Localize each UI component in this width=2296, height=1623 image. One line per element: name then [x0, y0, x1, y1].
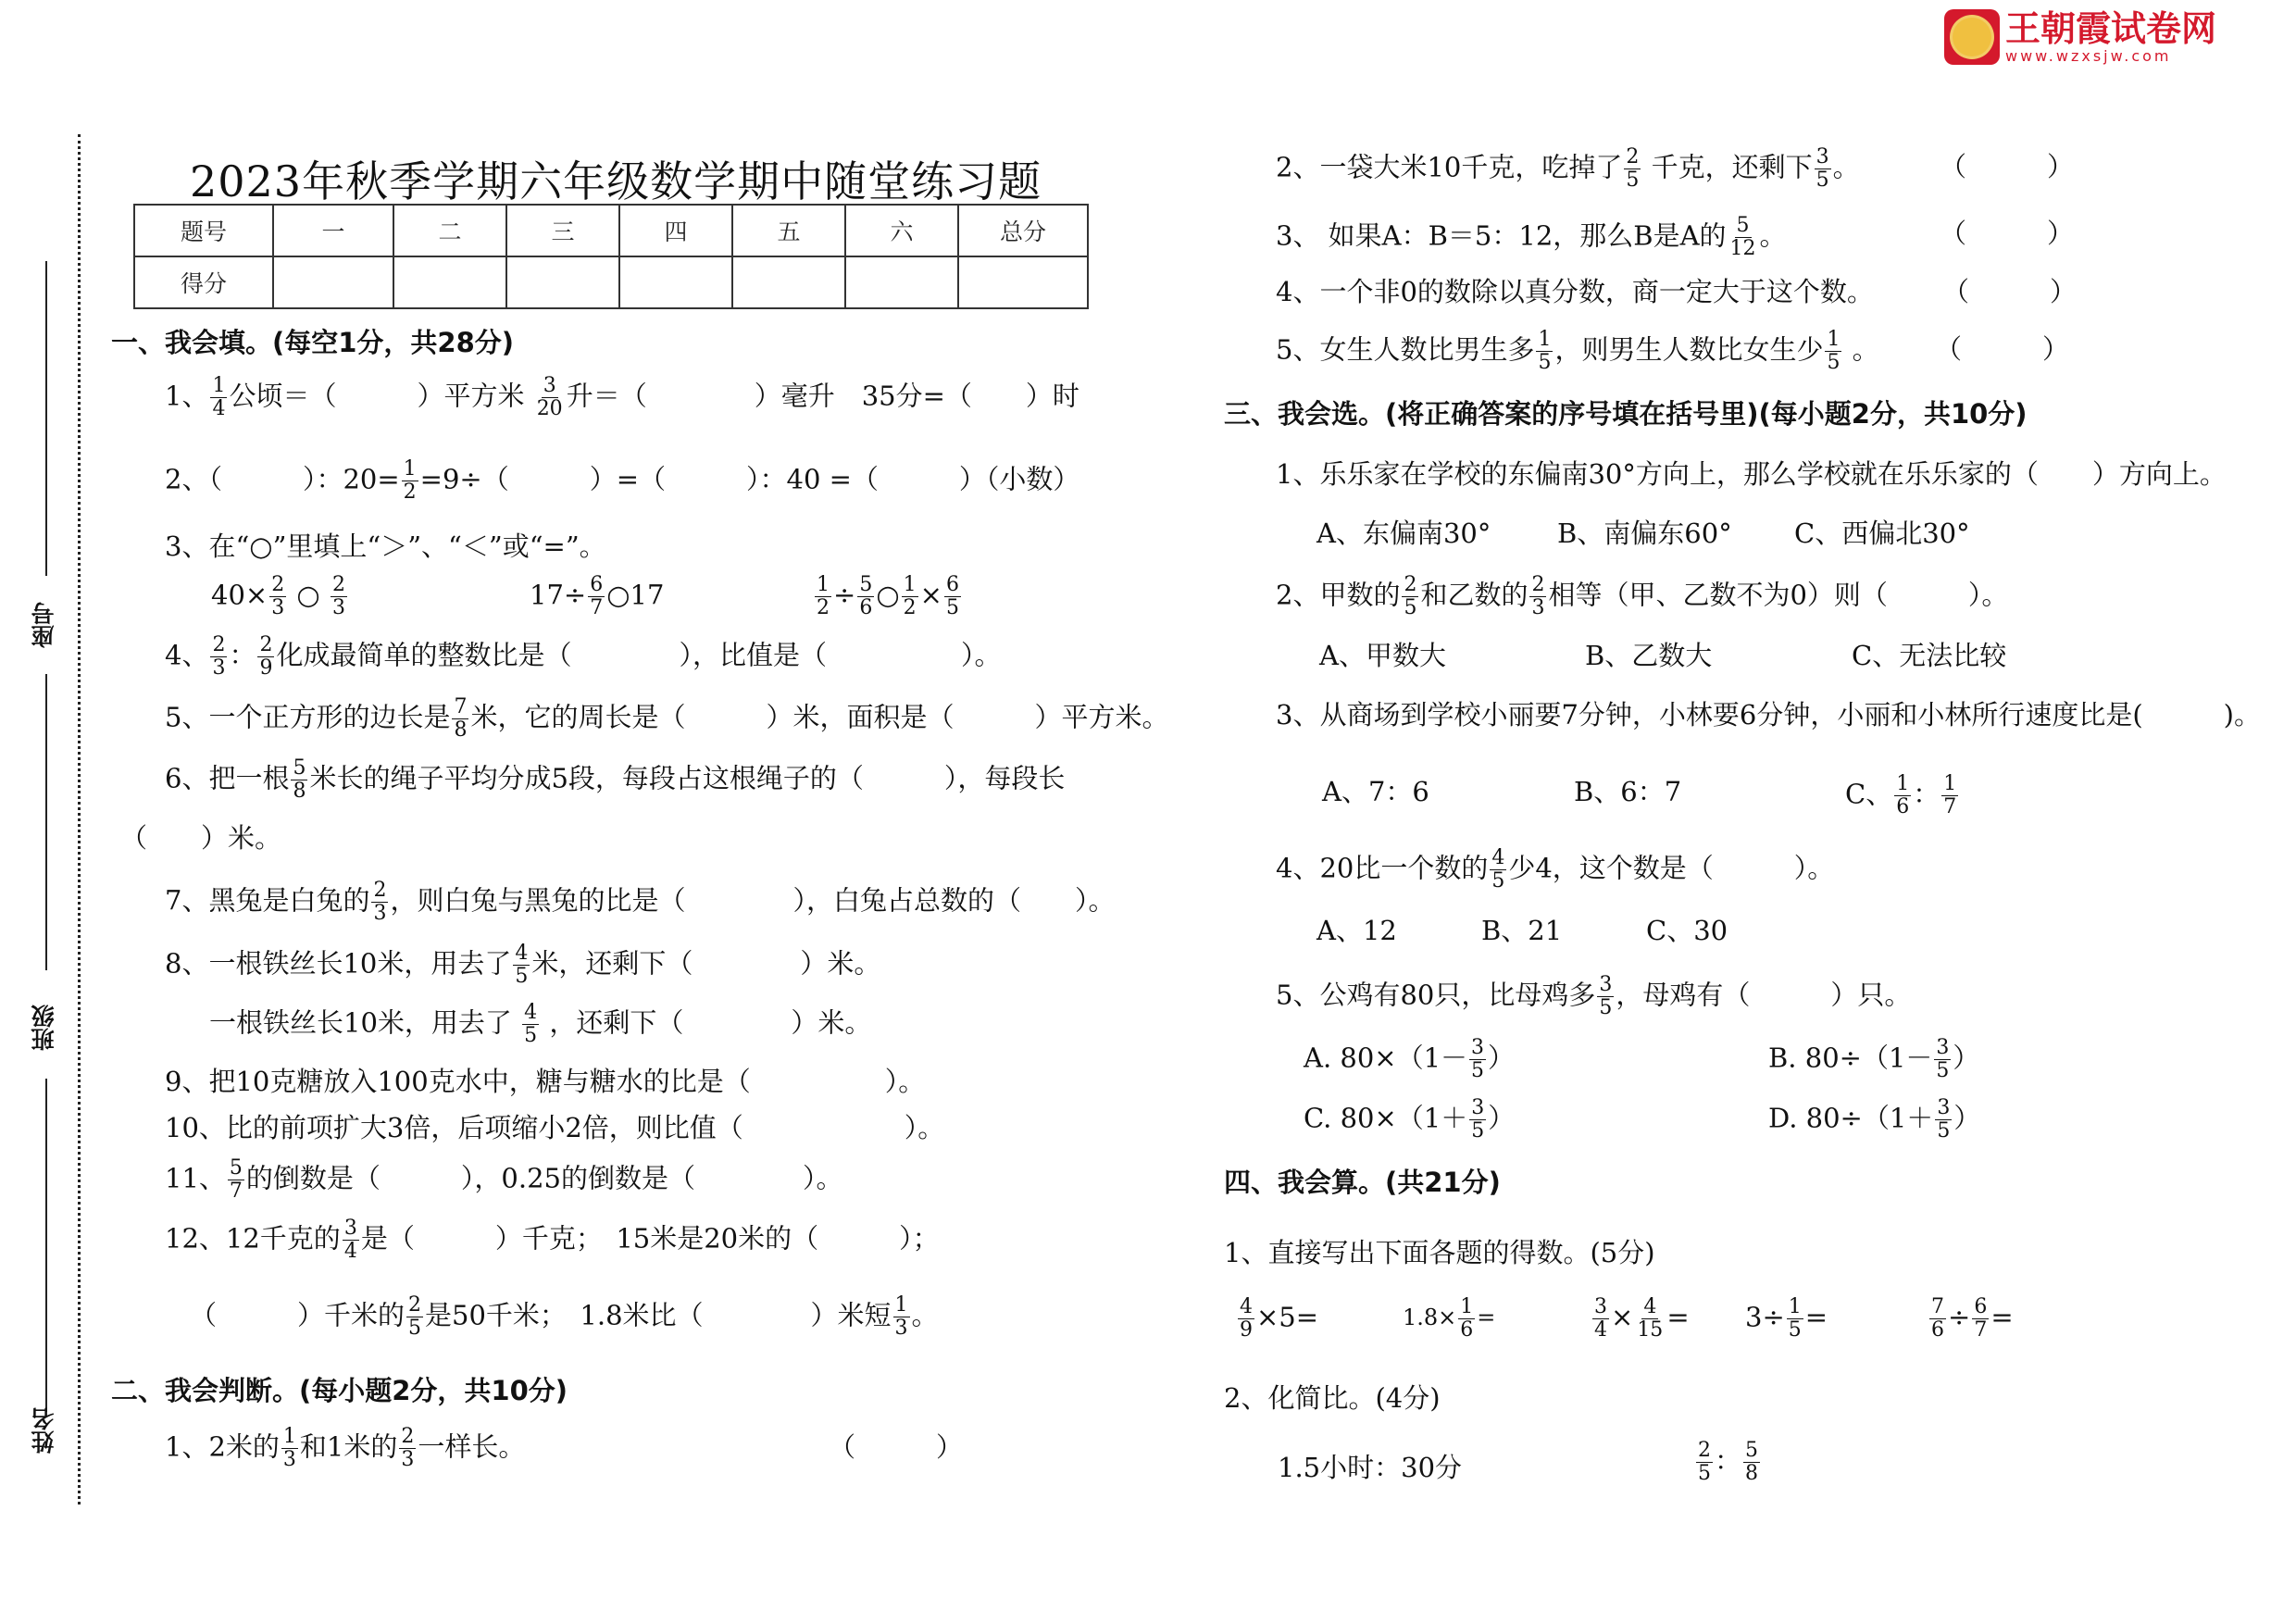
s4-calc-5: 76÷67= — [1928, 1296, 2014, 1342]
s4-part-2-heading: 2、化简比。(4分) — [1224, 1380, 1441, 1417]
page-title: 2023年秋季学期六年级数学期中随堂练习题 — [190, 148, 1042, 209]
score-cell[interactable] — [393, 256, 506, 308]
s4-simplify-1: 1.5小时：30分 — [1278, 1449, 1462, 1486]
seat-label: 座号 — [28, 602, 61, 648]
header-cell: 一 — [273, 205, 393, 256]
score-table-header-row: 题号 一 二 三 四 五 六 总分 — [134, 205, 1088, 256]
s3-q2-option-a[interactable]: A、甲数大 — [1319, 637, 1446, 674]
s3-question-2: 2、甲数的25和乙数的23相等（甲、乙数不为0）则（ ）。 — [1276, 574, 2008, 619]
s1-question-7: 7、黑兔是白兔的23，则白兔与黑兔的比是（ ），白兔占总数的（ ）。 — [165, 880, 1115, 925]
s3-q3-option-b[interactable]: B、6：7 — [1574, 773, 1681, 810]
section-4-heading: 四、我会算。(共21分) — [1224, 1162, 1501, 1200]
s1-question-6-cont: （ ）米。 — [120, 819, 281, 856]
header-cell: 五 — [732, 205, 845, 256]
s4-calc-4: 3÷15= — [1745, 1296, 1828, 1342]
s4-calc-3: 34×415= — [1591, 1296, 1690, 1342]
s4-calc-1: 49×5= — [1236, 1296, 1318, 1342]
s3-q1-option-a[interactable]: A、东偏南30° — [1316, 515, 1491, 552]
s3-q2-option-b[interactable]: B、乙数大 — [1585, 637, 1712, 674]
s3-q1-option-b[interactable]: B、南偏东60° — [1557, 515, 1732, 552]
s2-question-1: 1、2米的13和1米的23一样长。 — [165, 1426, 525, 1471]
score-table-score-row: 得分 — [134, 256, 1088, 308]
logo-name: 王朝霞试卷网 — [2005, 10, 2216, 47]
s1-question-3: 3、在“○”里填上“＞”、“＜”或“=”。 — [165, 528, 606, 565]
fraction: 320 — [535, 375, 565, 420]
s1-q3-expr-1: 40×23 ○ 23 — [211, 574, 349, 619]
score-row-label: 得分 — [134, 256, 273, 308]
s1-question-4: 4、23：29化成最简单的整数比是（ ），比值是（ ）。 — [165, 634, 1001, 680]
s4-simplify-2: 25：58 — [1694, 1440, 1762, 1485]
fraction: 12 — [402, 458, 418, 504]
site-logo: 王朝霞试卷网 www.wzxsjw.com — [1944, 9, 2216, 65]
s1-question-5: 5、一个正方形的边长是78米，它的周长是（ ）米，面积是（ ）平方米。 — [165, 696, 1168, 742]
logo-url: www.wzxsjw.com — [2005, 47, 2216, 65]
name-line — [45, 1079, 47, 1412]
logo-badge-icon — [1944, 9, 2000, 65]
s1-question-8b: 一根铁丝长10米，用去了 45 ，还剩下（ ）米。 — [209, 1002, 871, 1047]
s2-question-5: 5、女生人数比男生多15，则男生人数比女生少15 。 — [1276, 329, 1879, 374]
s2-question-2: 2、一袋大米10千克，吃掉了25 千克，还剩下35。 — [1276, 146, 1860, 192]
s3-q4-option-c[interactable]: C、30 — [1646, 912, 1728, 949]
header-cell: 题号 — [134, 205, 273, 256]
s1-question-8: 8、一根铁丝长10米，用去了45米，还剩下（ ）米。 — [165, 943, 880, 988]
s2-q3-answer-paren[interactable]: （ ） — [1940, 215, 2074, 252]
s3-question-1: 1、乐乐家在学校的东偏南30°方向上，那么学校就在乐乐家的（ ）方向上。 — [1276, 456, 2227, 493]
header-cell: 六 — [845, 205, 958, 256]
section-2-heading: 二、我会判断。(每小题2分，共10分) — [111, 1370, 568, 1408]
s2-question-4: 4、一个非0的数除以真分数，商一定大于这个数。 — [1276, 273, 1874, 310]
score-cell[interactable] — [958, 256, 1088, 308]
s1-question-6: 6、把一根58米长的绳子平均分成5段，每段占这根绳子的（ ），每段长 — [165, 757, 1065, 803]
s3-q3-option-a[interactable]: A、7：6 — [1322, 773, 1429, 810]
s3-question-5: 5、公鸡有80只，比母鸡多35，母鸡有（ ）只。 — [1276, 974, 1911, 1019]
s1-question-9: 9、把10克糖放入100克水中，糖与糖水的比是（ ）。 — [165, 1063, 925, 1100]
s1-question-12: 12、12千克的34是（ ）千克； 15米是20米的（ ）； — [165, 1217, 940, 1263]
score-cell[interactable] — [506, 256, 619, 308]
s3-q2-option-c[interactable]: C、无法比较 — [1852, 637, 2006, 674]
s3-q4-option-b[interactable]: B、21 — [1481, 912, 1562, 949]
s2-q5-answer-paren[interactable]: （ ） — [1935, 331, 2069, 368]
s3-question-4: 4、20比一个数的45少4，这个数是（ ）。 — [1276, 847, 1834, 893]
s3-q5-option-c[interactable]: C. 80×（1＋35） — [1304, 1097, 1515, 1142]
s1-question-1: 1、14公顷＝（ ）平方米 320升＝（ ）毫升 35分=（ ）时 — [165, 375, 1079, 420]
s3-question-3: 3、从商场到学校小丽要7分钟，小林要6分钟，小丽和小林所行速度比是( )。 — [1276, 696, 2261, 733]
s1-q3-expr-2: 17÷67○17 — [530, 574, 664, 619]
seat-line — [45, 261, 47, 576]
s1-question-11: 11、57的倒数是（ ），0.25的倒数是（ ）。 — [165, 1157, 842, 1203]
s3-q5-option-a[interactable]: A. 80×（1－35） — [1304, 1037, 1515, 1082]
fraction: 14 — [210, 375, 227, 420]
section-1-heading: 一、我会填。(每空1分，共28分) — [111, 322, 514, 360]
s3-q4-option-a[interactable]: A、12 — [1316, 912, 1397, 949]
s1-q3-expr-3: 12÷56○12×65 — [813, 574, 963, 619]
s3-q3-option-c[interactable]: C、16：17 — [1845, 773, 1960, 818]
class-line — [45, 674, 47, 970]
score-cell[interactable] — [273, 256, 393, 308]
header-cell: 三 — [506, 205, 619, 256]
s1-question-10: 10、比的前项扩大3倍，后项缩小2倍，则比值（ ）。 — [165, 1109, 944, 1146]
s2-q2-answer-paren[interactable]: （ ） — [1940, 148, 2074, 185]
s4-calc-2: 1.8×16= — [1403, 1296, 1495, 1342]
header-cell: 二 — [393, 205, 506, 256]
s3-q1-option-c[interactable]: C、西偏北30° — [1794, 515, 1970, 552]
s3-q5-option-d[interactable]: D. 80÷（1＋35） — [1768, 1097, 1980, 1142]
class-label: 班级 — [28, 1005, 61, 1051]
header-cell: 四 — [619, 205, 732, 256]
s4-part-1-heading: 1、直接写出下面各题的得数。(5分) — [1224, 1234, 1655, 1271]
s3-q5-option-b[interactable]: B. 80÷（1－35） — [1768, 1037, 1979, 1082]
binding-dotted-line — [78, 134, 81, 1504]
score-cell[interactable] — [845, 256, 958, 308]
s2-q4-answer-paren[interactable]: （ ） — [1942, 273, 2077, 310]
score-table: 题号 一 二 三 四 五 六 总分 得分 — [133, 204, 1089, 309]
s1-question-2: 2、（ ）：20=12=9÷（ ）=（ ）：40 =（ ）（小数） — [165, 458, 1079, 504]
section-3-heading: 三、我会选。(将正确答案的序号填在括号里)(每小题2分，共10分) — [1224, 393, 2028, 431]
header-cell: 总分 — [958, 205, 1088, 256]
s1-question-12b: （ ）千米的25是50千米； 1.8米比（ ）米短13。 — [190, 1294, 939, 1340]
name-label: 姓名 — [28, 1407, 61, 1454]
s2-question-3: 3、 如果A：B＝5：12，那么B是A的512。 — [1276, 215, 1787, 260]
score-cell[interactable] — [619, 256, 732, 308]
s2-q1-answer-paren[interactable]: （ ） — [829, 1429, 963, 1466]
score-cell[interactable] — [732, 256, 845, 308]
